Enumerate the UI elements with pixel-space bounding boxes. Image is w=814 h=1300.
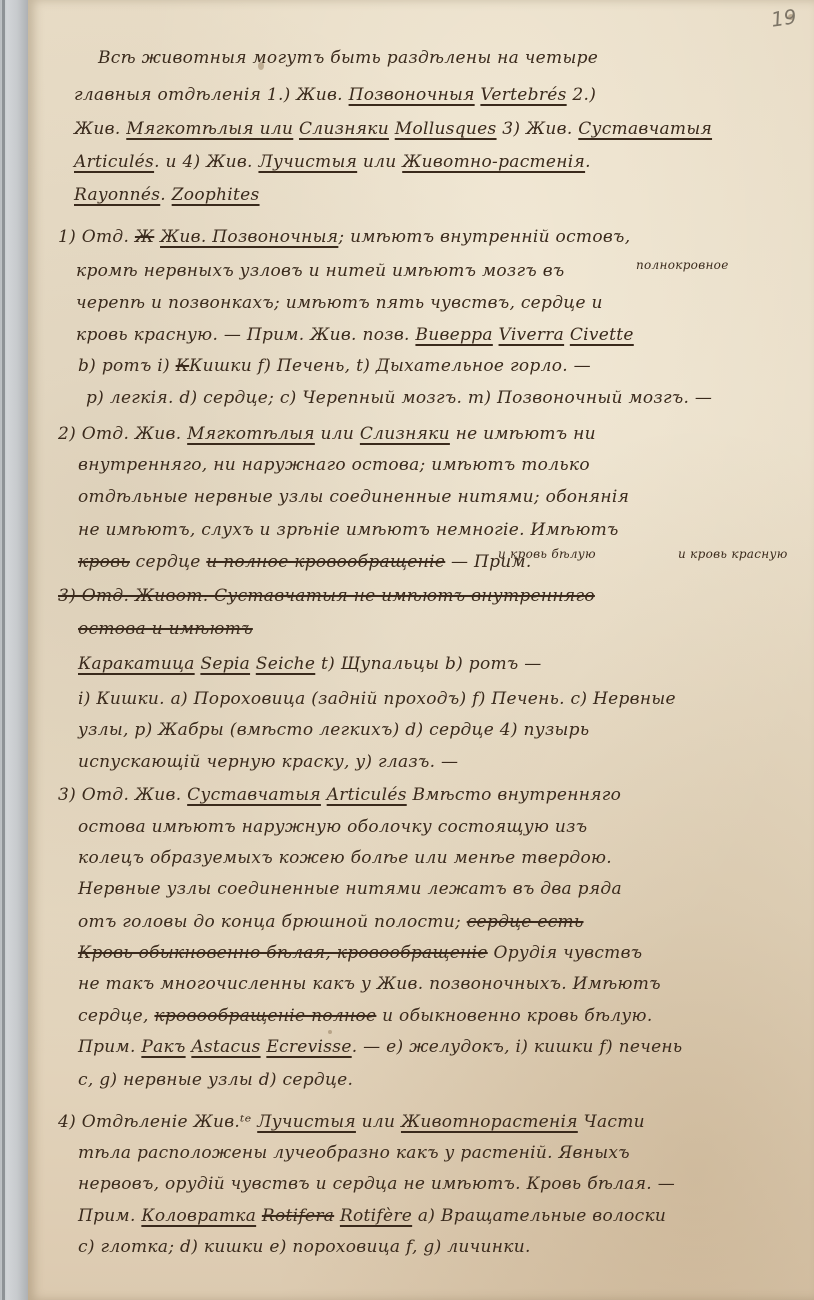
manuscript-line: 3) Отд. Живот. Суставчатыя не имѣютъ вну… — [58, 578, 595, 614]
text-run: остова и имѣютъ — [78, 619, 253, 639]
text-run: 3) Жив. — [497, 119, 579, 139]
text-run: испускающій черную краску, y) глазъ. — — [78, 752, 458, 772]
text-run: не такъ многочисленны какъ у Жив. позвон… — [78, 974, 661, 994]
underlined-term: Ecrevisse — [266, 1037, 351, 1057]
text-run: черепѣ и позвонкахъ; имѣютъ пять чувствъ… — [76, 293, 603, 313]
interlinear-insertion: полнокровное — [636, 247, 729, 283]
text-run: кровь красную. — Прим. Жив. позв. — [76, 325, 415, 345]
manuscript-line: испускающій черную краску, y) глазъ. — — [78, 744, 458, 780]
text-run: сердце — [130, 552, 206, 572]
underlined-term: Мягкотѣлыя или — [126, 119, 293, 139]
underlined-term: Zoophites — [172, 185, 260, 205]
text-run: главныя отдѣленія 1.) Жив. — [74, 85, 349, 105]
underlined-term: Лучистыя — [257, 1112, 356, 1132]
manuscript-line: черепѣ и позвонкахъ; имѣютъ пять чувствъ… — [76, 285, 603, 321]
text-run: c, g) нервные узлы d) сердце. — [78, 1070, 353, 1090]
text-run: ; имѣютъ внутренній остовъ, — [338, 227, 630, 247]
text-run: Вмѣсто внутренняго — [407, 785, 621, 805]
text-run: или — [315, 424, 360, 444]
underlined-term: Слизняки — [299, 119, 389, 139]
text-run: Прим. — [78, 1037, 141, 1057]
text-run: p) легкія. d) сердце; c) Черепный мозгъ.… — [86, 388, 712, 408]
manuscript-line: Каракатица Sepia Seiche t) Щупальцы b) р… — [78, 646, 542, 682]
text-run: отдѣльные нервные узлы соединенные нитям… — [78, 487, 629, 507]
text-run: 4) Отдѣленіе Жив.ᵗᵉ — [58, 1112, 257, 1132]
text-run: не имѣютъ ни — [450, 424, 596, 444]
underlined-term: Astacus — [191, 1037, 260, 1057]
manuscript-line: 3) Отд. Жив. Суставчатыя Articulés Вмѣст… — [58, 777, 621, 813]
text-run: Нервные узлы соединенные нитями лежатъ в… — [78, 879, 622, 899]
underlined-term: Виверра — [415, 325, 492, 345]
text-run: внутренняго, ни наружнаго остова; имѣютъ… — [78, 455, 590, 475]
text-run: . — [585, 152, 591, 172]
underlined-term: Viverra — [499, 325, 565, 345]
manuscript-line: 1) Отд. Ж Жив. Позвоночныя; имѣютъ внутр… — [58, 219, 630, 255]
manuscript-line: c, g) нервные узлы d) сердце. — [78, 1062, 353, 1098]
struck-text: кровь — [78, 552, 130, 572]
text-run: колецъ образуемыхъ кожею болѣе или менѣе… — [78, 848, 612, 868]
text-run: нервовъ, орудій чувствъ и сердца не имѣю… — [78, 1174, 675, 1194]
manuscript-line: главныя отдѣленія 1.) Жив. Позвоночныя V… — [74, 77, 596, 113]
manuscript-line: Нервные узлы соединенные нитями лежатъ в… — [78, 871, 622, 907]
manuscript-line: c) глотка; d) кишки e) пороховица f, g) … — [78, 1229, 531, 1265]
manuscript-line: нервовъ, орудій чувствъ и сердца не имѣю… — [78, 1166, 675, 1202]
underlined-term: Articulés — [74, 152, 154, 172]
underlined-term: Слизняки — [360, 424, 450, 444]
text-run: . и 4) Жив. — [154, 152, 258, 172]
manuscript-line: кровь сердце и полное кровообращеніе — П… — [78, 544, 532, 580]
manuscript-line: b) ротъ i) ККишки f) Печень, t) Дыхатель… — [78, 348, 591, 384]
underlined-term: Articulés — [327, 785, 407, 805]
text-run: b) ротъ i) — [78, 356, 176, 376]
text-run: или — [356, 1112, 401, 1132]
text-run: 2.) — [567, 85, 596, 105]
text-run: Орудія чувствъ — [488, 943, 643, 963]
manuscript-line: не такъ многочисленны какъ у Жив. позвон… — [78, 966, 661, 1002]
text-run: кромѣ нервныхъ узловъ и нитей имѣютъ моз… — [76, 261, 565, 281]
manuscript-page: 19 Всѣ животныя могутъ быть раздѣлены на… — [28, 0, 814, 1300]
text-run: или — [357, 152, 402, 172]
underlined-term: Sepia — [200, 654, 250, 674]
manuscript-line: Жив. Мягкотѣлыя или Слизняки Mollusques … — [74, 111, 712, 147]
struck-text: Кровь обыкновенно бѣлая, кровообращеніе — [78, 943, 488, 963]
underlined-term: Лучистыя — [258, 152, 357, 172]
text-run: a) Вращательные волоски — [412, 1206, 666, 1226]
underlined-term: Мягкотѣлыя — [187, 424, 315, 444]
manuscript-line: Прим. Ракъ Astacus Ecrevisse. — e) желуд… — [78, 1029, 683, 1065]
text-run: остова имѣютъ наружную оболочку состоящу… — [78, 817, 587, 837]
text-run: отъ головы до конца брюшной полости; — [78, 912, 467, 932]
text-run: Жив. — [74, 119, 126, 139]
text-run: t) Щупальцы b) ротъ — — [315, 654, 541, 674]
underlined-term: Rayonnés — [74, 185, 160, 205]
struck-text: сердце есть — [467, 912, 584, 932]
text-run: Части — [578, 1112, 645, 1132]
manuscript-line: отдѣльные нервные узлы соединенные нитям… — [78, 479, 629, 515]
manuscript-line: Articulés. и 4) Жив. Лучистыя или Животн… — [74, 144, 591, 180]
struck-text: и полное кровообращеніе — [206, 552, 445, 572]
underlined-term: Коловратка — [141, 1206, 256, 1226]
text-run: 1) Отд. — [58, 227, 135, 247]
text-run: сердце, — [78, 1006, 154, 1026]
manuscript-line: Rayonnés. Zoophites — [74, 177, 260, 213]
text-run: 3) Отд. Жив. — [58, 785, 187, 805]
binding-edge — [2, 0, 5, 1300]
text-run: . — e) желудокъ, i) кишки f) печень — [352, 1037, 683, 1057]
manuscript-line: остова и имѣютъ — [78, 611, 253, 647]
manuscript-line: p) легкія. d) сердце; c) Черепный мозгъ.… — [86, 380, 712, 416]
text-run: узлы, p) Жабры (вмѣсто легкихъ) d) сердц… — [78, 720, 589, 740]
underlined-term: Vertebrés — [480, 85, 566, 105]
struck-text: кровообращеніе полное — [154, 1006, 376, 1026]
underlined-term: Civette — [570, 325, 634, 345]
underlined-term: Seiche — [256, 654, 315, 674]
struck-text: Rotifera — [262, 1206, 334, 1226]
underlined-term: Mollusques — [395, 119, 497, 139]
manuscript-line: узлы, p) Жабры (вмѣсто легкихъ) d) сердц… — [78, 712, 589, 748]
interlinear-insertion: и кровь бѣлую — [498, 536, 596, 572]
text-run: . — [160, 185, 171, 205]
text-run: 3) Отд. Живот. Суставчатыя не имѣютъ вну… — [58, 586, 595, 606]
text-run: Кишки f) Печень, t) Дыхательное горло. — — [189, 356, 591, 376]
underlined-term: Суставчатыя — [578, 119, 712, 139]
underlined-term: Жив. Позвоночныя — [160, 227, 338, 247]
text-run: и обыкновенно кровь бѣлую. — [376, 1006, 652, 1026]
page-number: 19 — [769, 4, 798, 31]
text-run: Прим. — [78, 1206, 141, 1226]
struck-text: Ж — [135, 227, 154, 247]
underlined-term: Каракатица — [78, 654, 195, 674]
struck-text: К — [176, 356, 189, 376]
underlined-term: Суставчатыя — [187, 785, 321, 805]
underlined-term: Позвоночныя — [349, 85, 475, 105]
underlined-term: Rotifère — [340, 1206, 412, 1226]
text-run: тѣла расположены лучеобразно какъ у раст… — [78, 1143, 630, 1163]
interlinear-insertion: и кровь красную — [678, 536, 788, 572]
underlined-term: Животно-растенія — [402, 152, 585, 172]
manuscript-line: Всѣ животныя могутъ быть раздѣлены на че… — [98, 40, 598, 76]
text-run: c) глотка; d) кишки e) пороховица f, g) … — [78, 1237, 531, 1257]
text-run: 2) Отд. Жив. — [58, 424, 187, 444]
manuscript-line: кромѣ нервныхъ узловъ и нитей имѣютъ моз… — [76, 253, 565, 289]
text-run: Всѣ животныя могутъ быть раздѣлены на че… — [98, 48, 598, 68]
underlined-term: Ракъ — [141, 1037, 185, 1057]
text-run: i) Кишки. a) Пороховица (задній проходъ)… — [78, 689, 676, 709]
manuscript-line: внутренняго, ни наружнаго остова; имѣютъ… — [78, 447, 590, 483]
binding-strip — [0, 0, 28, 1300]
underlined-term: Животнорастенія — [401, 1112, 578, 1132]
